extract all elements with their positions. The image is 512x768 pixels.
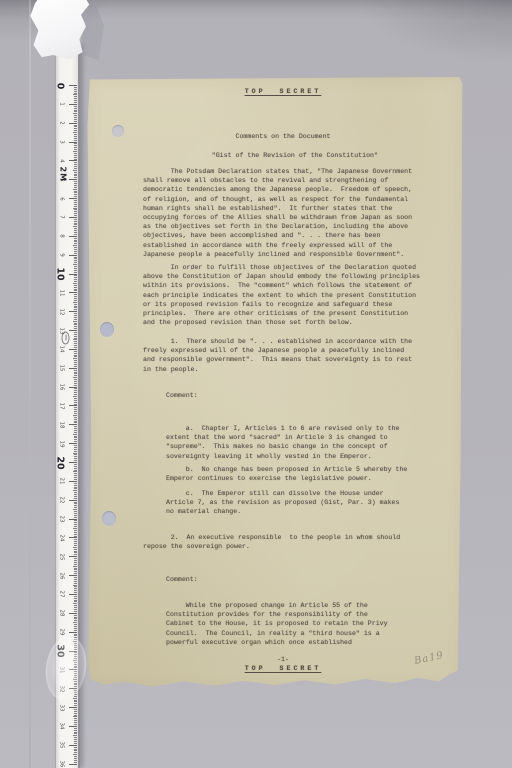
- ruler-tick: [74, 543, 77, 544]
- ruler-tick: [74, 341, 77, 342]
- ruler-tick: [69, 387, 77, 388]
- ruler-tick: [74, 196, 77, 197]
- ruler-tick: [74, 530, 77, 531]
- ruler-tick: [73, 490, 78, 491]
- ruler-tick: [74, 551, 77, 552]
- ruler-tick: [74, 701, 77, 702]
- ruler-tick: [73, 585, 78, 586]
- ruler-tick: [73, 509, 78, 510]
- ruler-tick: [69, 443, 77, 444]
- ruler-tick: [74, 700, 77, 701]
- ruler-number: 22: [56, 495, 68, 506]
- ruler-tick: [74, 419, 77, 420]
- ruler-tick: [74, 373, 77, 374]
- ruler-tick: [74, 157, 77, 158]
- paragraph-intro-1: The Potsdam Declaration states that, "Th…: [143, 167, 423, 259]
- ruler-tick: [69, 349, 77, 350]
- ruler-tick: [69, 764, 77, 765]
- ruler-tick: [74, 485, 77, 486]
- ruler-tick: [69, 424, 77, 425]
- ruler-tick: [74, 251, 77, 252]
- ruler-tick: [69, 123, 77, 124]
- ruler-tick: [74, 279, 77, 280]
- ruler-tick: [74, 93, 77, 94]
- ruler-number: 1: [56, 99, 68, 110]
- title-line-2: "Gist of the Revision of the Constitutio…: [212, 152, 378, 159]
- ruler-tick: [74, 756, 77, 757]
- ruler-tick: [74, 466, 77, 467]
- ruler-number: 3: [56, 137, 68, 148]
- ruler-tick: [74, 441, 77, 442]
- ruler-number: 6: [56, 193, 68, 204]
- ruler-tick: [74, 498, 77, 499]
- paragraph-comment-c: c. The Emperor still can dissolve the Ho…: [166, 489, 418, 517]
- ruler-tick: [74, 750, 77, 751]
- handwritten-annotation: Ba19: [413, 650, 445, 667]
- ruler-tick: [74, 421, 77, 422]
- ruler-tick: [73, 226, 78, 227]
- ruler-tick: [74, 228, 77, 229]
- ruler-tick: [69, 274, 77, 275]
- ruler-tick: [74, 737, 77, 738]
- classification-footer: TOP SECRET: [143, 664, 423, 673]
- ruler-tick: [74, 479, 77, 480]
- ruler-tick: [74, 560, 77, 561]
- ruler-tick: [74, 115, 77, 116]
- ruler-tick: [74, 715, 77, 716]
- ruler-tick: [74, 147, 77, 148]
- ruler-tick: [74, 592, 77, 593]
- ruler-tick: [74, 272, 77, 273]
- ruler-tick: [74, 720, 77, 721]
- ruler-number: 28: [56, 608, 68, 619]
- ruler-tick: [74, 187, 77, 188]
- ruler-tick: [73, 189, 78, 190]
- ruler-tick: [74, 174, 77, 175]
- ruler-tick: [74, 520, 77, 521]
- ruler-tick: [73, 566, 78, 567]
- ruler-number: 24: [56, 532, 68, 543]
- paragraph-comment-a: a. Chapter I, Articles 1 to 6 are revise…: [166, 424, 418, 461]
- ruler-tick: [69, 160, 77, 161]
- ruler-tick: [74, 426, 77, 427]
- ruler-tick: [73, 698, 78, 699]
- ruler-tick: [74, 145, 77, 146]
- ruler-number: 26: [56, 570, 68, 581]
- ruler-number: 21: [56, 476, 68, 487]
- ruler-tick: [74, 554, 77, 555]
- ruler-tick: [74, 385, 77, 386]
- ruler-tick: [74, 258, 77, 259]
- ruler-number: 17: [56, 400, 68, 411]
- ruler-tick: [74, 175, 77, 176]
- ruler-tick: [74, 234, 77, 235]
- ruler-tick: [74, 390, 77, 391]
- ruler-tick: [74, 89, 77, 90]
- ruler-tick: [74, 172, 77, 173]
- ruler-tick: [74, 579, 77, 580]
- ruler-tick: [69, 292, 77, 293]
- ruler-tick: [74, 398, 77, 399]
- ruler-tick: [74, 223, 77, 224]
- ruler-tick: [74, 241, 77, 242]
- ruler-tick: [74, 202, 77, 203]
- plastic-sleeve-edge: [29, 0, 31, 768]
- ruler-tick: [74, 177, 77, 178]
- ruler-tick: [74, 119, 77, 120]
- ruler-tick: [74, 343, 77, 344]
- paragraph-point-1: 1. There should be ". . . established in…: [143, 337, 423, 374]
- ruler-tick: [74, 437, 77, 438]
- ruler-number: 27: [56, 589, 68, 600]
- scanned-document-photo: TOP SECRET Comments on the Document "Gis…: [0, 0, 512, 768]
- ruler-number: 34: [56, 721, 68, 732]
- ruler-tick: [74, 243, 77, 244]
- ruler-tick: [74, 287, 77, 288]
- ruler-tick: [74, 268, 77, 269]
- ruler-tick: [74, 747, 77, 748]
- ruler-tick: [74, 238, 77, 239]
- ruler-tick: [74, 345, 77, 346]
- ruler-tick: [74, 605, 77, 606]
- ruler-tick: [74, 628, 77, 629]
- ruler-tick: [69, 745, 77, 746]
- ruler-tick: [74, 411, 77, 412]
- ruler-tick: [74, 204, 77, 205]
- ruler-tick: [74, 126, 77, 127]
- ruler-tick: [74, 430, 77, 431]
- ruler-tick: [74, 724, 77, 725]
- ruler-tick: [74, 762, 77, 763]
- ruler-tick: [74, 155, 77, 156]
- ruler-tick: [74, 290, 77, 291]
- ruler-tick: [74, 230, 77, 231]
- ruler-tick: [74, 164, 77, 165]
- ruler-tick: [74, 194, 77, 195]
- ruler-tick: [74, 125, 77, 126]
- ruler-tick: [74, 703, 77, 704]
- ruler-tick: [74, 306, 77, 307]
- ruler-tick: [74, 87, 77, 88]
- ruler-tick: [74, 232, 77, 233]
- ruler-tick: [74, 117, 77, 118]
- ruler-number: 18: [56, 419, 68, 430]
- ruler-tick: [74, 253, 77, 254]
- document-title: Comments on the Document "Gist of the Re…: [143, 132, 423, 170]
- ruler-tick: [74, 507, 77, 508]
- ruler-tick: [74, 739, 77, 740]
- ruler-tick: [73, 94, 78, 95]
- ruler-tick: [69, 519, 77, 520]
- document-page: TOP SECRET Comments on the Document "Gis…: [86, 77, 463, 690]
- ruler-tick: [69, 368, 77, 369]
- ruler-tick: [74, 422, 77, 423]
- ruler-tick: [74, 285, 77, 286]
- ruler-tick: [74, 309, 77, 310]
- ruler-tick: [74, 696, 77, 697]
- ruler-tick: [74, 545, 77, 546]
- classification-header: TOP SECRET: [143, 87, 423, 96]
- ruler-tick: [74, 445, 77, 446]
- ruler-tick: [74, 705, 77, 706]
- ruler-tick: [74, 483, 77, 484]
- ruler-number: 23: [56, 514, 68, 525]
- ruler-tick: [74, 355, 77, 356]
- ruler-tick: [74, 224, 77, 225]
- ruler-tick: [74, 600, 77, 601]
- ruler-tick: [74, 351, 77, 352]
- ruler-tick: [74, 541, 77, 542]
- ruler-number: 10: [55, 269, 67, 280]
- ruler-tick: [74, 447, 77, 448]
- ruler-tick: [74, 711, 77, 712]
- ruler-tick: [74, 451, 77, 452]
- ruler-tick: [69, 330, 77, 331]
- ruler-tick: [69, 255, 77, 256]
- ruler-tick: [74, 298, 77, 299]
- ruler-tick: [74, 617, 77, 618]
- ruler-tick: [74, 191, 77, 192]
- ruler-tick: [74, 102, 77, 103]
- ruler-tick: [73, 547, 78, 548]
- ruler-tick: [74, 635, 77, 636]
- ruler-tick: [74, 375, 77, 376]
- ruler-tick: [74, 307, 77, 308]
- ruler-tick: [74, 496, 77, 497]
- ruler-tick: [74, 400, 77, 401]
- ruler-tick: [69, 179, 77, 180]
- ruler-tick: [74, 586, 77, 587]
- ruler-tick: [69, 594, 77, 595]
- ruler-tick: [74, 564, 77, 565]
- ruler-tick: [74, 511, 77, 512]
- ruler-tick: [73, 132, 78, 133]
- ruler-tick: [74, 326, 77, 327]
- ruler-tick: [74, 289, 77, 290]
- ruler-tick: [69, 575, 77, 576]
- punch-hole: [102, 511, 116, 526]
- ruler-tick: [74, 347, 77, 348]
- ruler-tick: [74, 464, 77, 465]
- ruler-tick: [69, 481, 77, 482]
- ruler-tick: [74, 456, 77, 457]
- ruler-number: 4: [56, 155, 68, 166]
- ruler-tick: [73, 754, 78, 755]
- ruler-tick: [74, 758, 77, 759]
- ruler-tick: [74, 417, 77, 418]
- ruler-tick: [69, 726, 77, 727]
- ruler-tick: [74, 370, 77, 371]
- ruler-tick: [74, 328, 77, 329]
- ruler-tick: [74, 492, 77, 493]
- ruler-tick: [74, 249, 77, 250]
- ruler-tick: [74, 324, 77, 325]
- ruler-tick: [74, 183, 77, 184]
- ruler-tick: [74, 366, 77, 367]
- ruler-tick: [74, 534, 77, 535]
- ruler-tick: [74, 407, 77, 408]
- ruler-tick: [74, 100, 77, 101]
- ruler-tick: [74, 181, 77, 182]
- ruler-tick: [74, 502, 77, 503]
- ruler-tick: [74, 436, 77, 437]
- ruler-tick: [74, 626, 77, 627]
- ruler-tick: [73, 245, 78, 246]
- ruler-tick: [69, 707, 77, 708]
- ruler-tick: [74, 552, 77, 553]
- ruler-tick: [74, 275, 77, 276]
- ruler-tick: [74, 247, 77, 248]
- ruler-tick: [74, 571, 77, 572]
- ruler-tick: [74, 159, 77, 160]
- ruler-tick: [74, 138, 77, 139]
- paragraph-closing: While the proposed change in Article 55 …: [166, 601, 418, 647]
- ruler-number: 12: [56, 306, 68, 317]
- ruler-tick: [74, 338, 77, 339]
- ruler-tick: [74, 503, 77, 504]
- ruler-tick: [69, 311, 77, 312]
- ruler-tick: [74, 257, 77, 258]
- ruler-tick: [74, 121, 77, 122]
- ruler-tick: [73, 170, 78, 171]
- ruler-tick: [74, 281, 77, 282]
- ruler-tick: [74, 624, 77, 625]
- ruler-tick: [74, 209, 77, 210]
- ruler-tick: [74, 296, 77, 297]
- ruler-tick: [74, 392, 77, 393]
- clear-tape-icon: [42, 634, 91, 703]
- ruler-tick: [74, 618, 77, 619]
- ruler-tick: [74, 749, 77, 750]
- ruler-number: 2: [56, 118, 68, 129]
- ruler-number: 20: [55, 457, 67, 468]
- ruler-tick: [69, 85, 77, 86]
- ruler-tick: [74, 475, 77, 476]
- ruler-tick: [74, 96, 77, 97]
- ruler-tick: [74, 488, 77, 489]
- ruler-tick: [74, 379, 77, 380]
- ruler-tick: [74, 634, 77, 635]
- ruler-tick: [74, 513, 77, 514]
- ruler-tick: [74, 562, 77, 563]
- ruler-tick: [69, 236, 77, 237]
- ruler-tick: [74, 381, 77, 382]
- ruler-tick: [74, 166, 77, 167]
- ruler-tick: [69, 500, 77, 501]
- ruler-tick: [73, 396, 78, 397]
- ruler-tick: [74, 91, 77, 92]
- ruler-tick: [74, 558, 77, 559]
- ruler-tick: [74, 260, 77, 261]
- ruler-unit-label: 2M: [59, 166, 68, 178]
- ruler-tick: [74, 353, 77, 354]
- ruler-tick: [74, 439, 77, 440]
- ruler-tick: [73, 603, 78, 604]
- ruler-tick: [74, 569, 77, 570]
- ruler-tick: [74, 732, 77, 733]
- ruler-tick: [74, 532, 77, 533]
- ruler-tick: [74, 362, 77, 363]
- ruler-tick: [69, 537, 77, 538]
- ruler-tick: [74, 106, 77, 107]
- ruler-tick: [74, 219, 77, 220]
- paragraph-point-2: 2. An executive responsible to the peopl…: [143, 533, 423, 551]
- ruler-tick: [74, 454, 77, 455]
- ruler-tick: [74, 98, 77, 99]
- paragraph-comment-b: b. No change has been proposed in Articl…: [166, 465, 418, 483]
- ruler-tick: [74, 336, 77, 337]
- ruler-number: 19: [56, 438, 68, 449]
- ruler-tick: [74, 718, 77, 719]
- ruler-tick: [74, 319, 77, 320]
- ruler-tick: [74, 549, 77, 550]
- ruler-tick: [74, 128, 77, 129]
- ruler-tick: [69, 198, 77, 199]
- ruler-tick: [74, 741, 77, 742]
- ruler-tick: [73, 471, 78, 472]
- ruler-tick: [73, 415, 78, 416]
- ruler-tick: [74, 752, 77, 753]
- ruler-number: 14: [56, 344, 68, 355]
- ruler-tick: [74, 356, 77, 357]
- ruler-tick: [74, 517, 77, 518]
- ruler-tick: [69, 104, 77, 105]
- ruler-tick: [74, 601, 77, 602]
- ruler-tick: [74, 162, 77, 163]
- ruler-number: 7: [56, 212, 68, 223]
- ruler-tick: [74, 473, 77, 474]
- ruler-tick: [74, 211, 77, 212]
- ruler-tick: [74, 394, 77, 395]
- ruler-tick: [74, 713, 77, 714]
- ruler-tick: [74, 611, 77, 612]
- ruler-tick: [74, 505, 77, 506]
- ruler-tick: [74, 468, 77, 469]
- ruler-tick: [74, 409, 77, 410]
- ruler-tick: [73, 113, 78, 114]
- ruler-tick: [74, 383, 77, 384]
- ruler-tick: [74, 221, 77, 222]
- ruler-number: 8: [56, 231, 68, 242]
- ruler-tick: [74, 428, 77, 429]
- ruler-tick: [74, 524, 77, 525]
- paragraph-intro-2: In order to fulfill those objectives of …: [143, 263, 423, 327]
- ruler-tick: [74, 364, 77, 365]
- ruler-tick: [74, 404, 77, 405]
- ruler-tick: [74, 630, 77, 631]
- comment-label-2: Comment:: [166, 575, 418, 584]
- ruler-number: 15: [56, 363, 68, 374]
- ruler-tick: [74, 620, 77, 621]
- ruler-tick: [69, 217, 77, 218]
- ruler-tick: [74, 573, 77, 574]
- ruler-tick: [73, 358, 78, 359]
- comment-label-1: Comment:: [166, 391, 418, 400]
- ruler-tick: [69, 613, 77, 614]
- ruler-tick: [69, 405, 77, 406]
- maker-stamp-icon: [62, 331, 70, 344]
- ruler-number: 0: [55, 80, 67, 91]
- ruler-tick: [74, 294, 77, 295]
- ruler-tick: [69, 556, 77, 557]
- ruler-number: 33: [56, 702, 68, 713]
- ruler-tick: [74, 149, 77, 150]
- ruler-tick: [74, 130, 77, 131]
- ruler-number: 9: [56, 250, 68, 261]
- ruler-tick: [74, 140, 77, 141]
- ruler-tick: [74, 539, 77, 540]
- ruler-tick: [74, 317, 77, 318]
